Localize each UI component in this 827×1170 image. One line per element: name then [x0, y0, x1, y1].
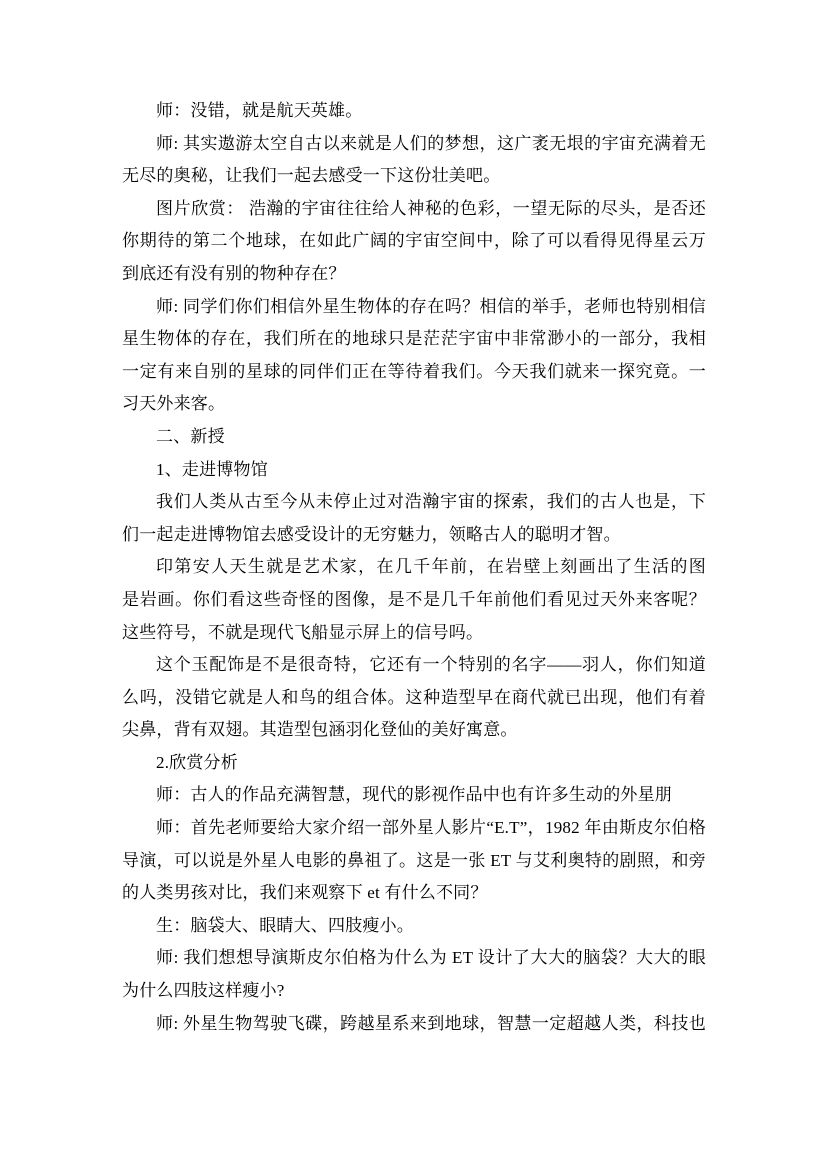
- doc-line: 尖鼻，背有双翅。其造型包涵羽化登仙的美好寓意。: [122, 714, 706, 747]
- doc-line-section-heading: 二、新授: [122, 421, 706, 454]
- doc-line: 习天外来客。: [122, 388, 706, 421]
- doc-line: 一定有来自别的星球的同伴们正在等待着我们。今天我们就来一探究竟。一起学: [122, 356, 706, 389]
- doc-line: 师：古人的作品充满智慧，现代的影视作品中也有许多生动的外星朋友。: [122, 779, 706, 812]
- doc-line: 师: 其实遨游太空自古以来就是人们的梦想，这广袤无垠的宇宙充满着无穷: [122, 128, 706, 161]
- doc-line: 师：首先老师要给大家介绍一部外星人影片“E.T”，1982 年由斯皮尔伯格: [122, 812, 706, 845]
- doc-line-subsection-heading: 1、走进博物馆: [122, 454, 706, 487]
- doc-line: 我们人类从古至今从未停止过对浩瀚宇宙的探索，我们的古人也是，下面我: [122, 486, 706, 519]
- doc-line: 是岩画。你们看这些奇怪的图像，是不是几千年前他们看见过天外来客呢？还有: [122, 584, 706, 617]
- doc-line: 到底还有没有别的物种存在？: [122, 258, 706, 291]
- doc-line: 的人类男孩对比，我们来观察下 et 有什么不同？: [122, 877, 706, 910]
- doc-line: 这些符号，不就是现代飞船显示屏上的信号吗。: [122, 617, 706, 650]
- doc-line: 师: 外星生物驾驶飞碟，跨越星系来到地球，智慧一定超越人类，科技也先: [122, 1008, 706, 1041]
- doc-line: 无尽的奥秘，让我们一起去感受一下这份壮美吧。: [122, 160, 706, 193]
- doc-line: 导演，可以说是外星人电影的鼻祖了。这是一张 ET 与艾利奥特的剧照，和旁边: [122, 845, 706, 878]
- document-text-block: 师：没错，就是航天英雄。 师: 其实遨游太空自古以来就是人们的梦想，这广袤无垠的…: [122, 95, 706, 1040]
- doc-line: 为什么四肢这样瘦小?: [122, 975, 706, 1008]
- doc-line: 师: 同学们你们相信外星生物体的存在吗？相信的举手，老师也特别相信外: [122, 291, 706, 324]
- doc-line: 们一起走进博物馆去感受设计的无穷魅力，领略古人的聪明才智。: [122, 519, 706, 552]
- doc-line-subsection-heading: 2.欣赏分析: [122, 747, 706, 780]
- doc-line: 你期待的第二个地球，在如此广阔的宇宙空间中，除了可以看得见得星云万物，: [122, 225, 706, 258]
- doc-line: 图片欣赏： 浩瀚的宇宙往往给人神秘的色彩，一望无际的尽头，是否还有: [122, 193, 706, 226]
- document-page: 师：没错，就是航天英雄。 师: 其实遨游太空自古以来就是人们的梦想，这广袤无垠的…: [0, 0, 827, 1170]
- doc-line: 师: 我们想想导演斯皮尔伯格为什么为 ET 设计了大大的脑袋？大大的眼睛？: [122, 942, 706, 975]
- doc-line: 生：脑袋大、眼睛大、四肢瘦小。: [122, 910, 706, 943]
- doc-line: 师：没错，就是航天英雄。: [122, 95, 706, 128]
- doc-line: 么吗，没错它就是人和鸟的组合体。这种造型早在商代就已出现，他们有着长脸，: [122, 682, 706, 715]
- doc-line: 星生物体的存在，我们所在的地球只是茫茫宇宙中非常渺小的一部分，我相信也: [122, 323, 706, 356]
- doc-line: 印第安人天生就是艺术家，在几千年前，在岩壁上刻画出了生活的图像，就: [122, 551, 706, 584]
- doc-line: 这个玉配饰是不是很奇特，它还有一个特别的名字——羽人，你们知道为什: [122, 649, 706, 682]
